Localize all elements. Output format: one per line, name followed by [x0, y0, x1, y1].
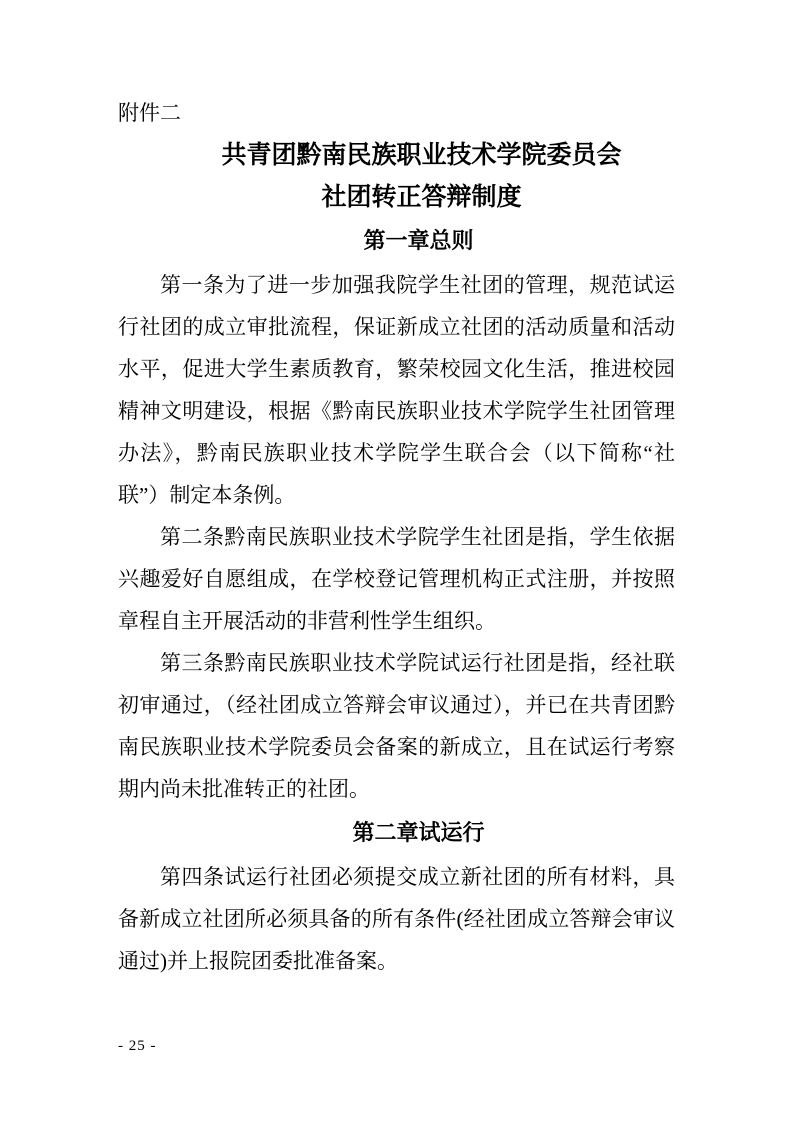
paragraph-article-3: 第三条黔南民族职业技术学院试运行社团是指，经社联初审通过，（经社团成立答辩会审议… — [118, 642, 675, 810]
document-content: 附件二 共青团黔南民族职业技术学院委员会 社团转正答辩制度 第一章总则 第一条为… — [118, 92, 675, 982]
document-page: 附件二 共青团黔南民族职业技术学院委员会 社团转正答辩制度 第一章总则 第一条为… — [0, 0, 793, 1122]
document-title-line-2: 社团转正答辩制度 — [118, 176, 675, 218]
paragraph-article-2: 第二条黔南民族职业技术学院学生社团是指，学生依据兴趣爱好自愿组成，在学校登记管理… — [118, 516, 675, 642]
paragraph-article-1: 第一条为了进一步加强我院学生社团的管理，规范试运行社团的成立审批流程，保证新成立… — [118, 264, 675, 516]
page-number: - 25 - — [118, 1036, 157, 1056]
chapter-1-heading: 第一章总则 — [118, 218, 675, 264]
attachment-label: 附件二 — [118, 92, 675, 134]
chapter-2-heading: 第二章试运行 — [118, 810, 675, 856]
document-title-line-1: 共青团黔南民族职业技术学院委员会 — [118, 134, 675, 176]
paragraph-article-4: 第四条试运行社团必须提交成立新社团的所有材料，具备新成立社团所必须具备的所有条件… — [118, 856, 675, 982]
